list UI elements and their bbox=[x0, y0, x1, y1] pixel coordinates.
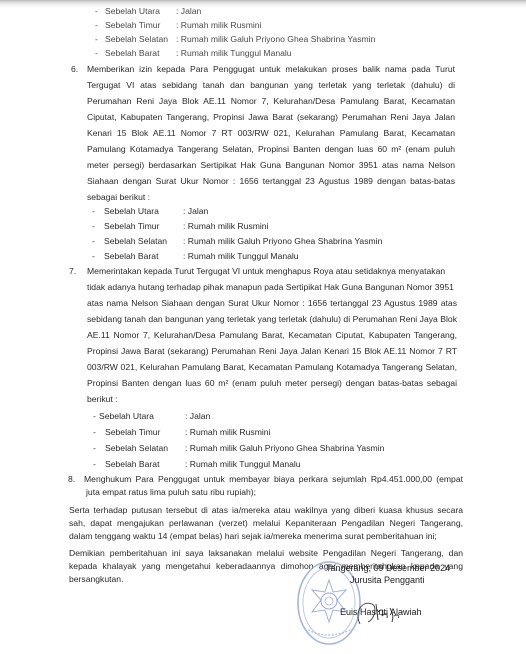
boundary-value: : Rumah milik Rusmini bbox=[185, 427, 270, 438]
item-6-line: Perumahan Reni Jaya Blok AE.11 Nomor 7, … bbox=[87, 96, 455, 107]
item-6-line: sebagai berikut : bbox=[87, 192, 150, 203]
boundary-label: Sebelah Barat bbox=[105, 48, 159, 59]
closing-line: Demikian pemberitahuan ini saya laksanak… bbox=[69, 548, 463, 559]
closing-line: bersangkutan. bbox=[69, 574, 123, 585]
item-6-line: Siahaan dengan Surat Ukur Nomor : 1656 t… bbox=[87, 176, 455, 187]
boundary-label: Sebelah Timur bbox=[104, 221, 159, 232]
boundary-value: : Rumah milik Galuh Priyono Ghea Shabrin… bbox=[183, 236, 382, 247]
boundary-value: : Jalan bbox=[185, 411, 210, 422]
place-date: Tangerang, 09 Desember 2024 bbox=[326, 563, 450, 574]
item-6-line: Memberikan izin kepada Para Penggugat un… bbox=[87, 64, 455, 75]
verzet-line: dalam tenggang waktu 14 (empat belas) ha… bbox=[69, 531, 437, 542]
verzet-line: sah, dapat mengajukan perlawanan (verzet… bbox=[69, 518, 463, 529]
item-7-line: sebidang tanah dan bangunan yang terleta… bbox=[87, 314, 457, 325]
boundary-label: Sebelah Timur bbox=[105, 427, 160, 438]
signer-name: Euis Hastuti Alawiah bbox=[340, 607, 422, 618]
boundary-value: : Rumah milik Tunggul Manalu bbox=[176, 48, 292, 59]
item-6-line: Pamulang Kotamadya Tangerang Selatan, Pr… bbox=[87, 144, 455, 155]
item-6-line: Tergugat VI atas sebidang tanah dan bang… bbox=[87, 80, 455, 91]
item-6-line: Ciputat, Kabupaten Tangerang, Propinsi J… bbox=[87, 112, 455, 123]
item-6-line: Kenari 15 Blok AE.11 Nomor 7 RT 003/RW 0… bbox=[87, 128, 455, 139]
item-7-line: berikut : bbox=[87, 394, 118, 405]
boundary-value: : Rumah milik Galuh Priyono Ghea Shabrin… bbox=[185, 443, 384, 454]
boundary-value: : Rumah milik Tunggul Manalu bbox=[185, 459, 301, 470]
boundary-value: : Rumah milik Galuh Priyono Ghea Shabrin… bbox=[176, 34, 375, 45]
top-edge-shadow bbox=[0, 0, 526, 8]
signer-position: Jurusita Pengganti bbox=[350, 575, 425, 586]
item-7-line: atas nama Nelson Siahaan dengan Surat Uk… bbox=[87, 298, 457, 309]
item-number: 8. bbox=[68, 474, 75, 485]
boundary-label: Sebelah Timur bbox=[105, 20, 160, 31]
item-8-line: Menghukum Para Penggugat untuk membayar … bbox=[84, 474, 463, 485]
item-7-line: AE.11 Nomor 7, Kelurahan/Desa Pamulang B… bbox=[87, 330, 457, 341]
item-number: 6. bbox=[71, 64, 78, 75]
document-page: - Sebelah Utara : Jalan - Sebelah Timur … bbox=[0, 0, 526, 654]
boundary-value: : Rumah milik Rusmini bbox=[176, 20, 261, 31]
boundary-label: Sebelah Selatan bbox=[105, 443, 168, 454]
boundary-label: Sebelah Utara bbox=[104, 206, 159, 217]
boundary-label: Sebelah Barat bbox=[104, 251, 158, 262]
boundary-label: Sebelah Utara bbox=[105, 6, 160, 17]
boundary-value: : Rumah milik Rusmini bbox=[183, 221, 268, 232]
item-7-line: 003/RW 021, Kelurahan Pamulang Barat, Ke… bbox=[87, 362, 457, 373]
boundary-label: Sebelah Barat bbox=[105, 459, 159, 470]
boundary-label: Sebelah Selatan bbox=[104, 236, 167, 247]
item-7-line: tidak adanya hutang terhadap pihak manap… bbox=[87, 282, 454, 293]
item-7-line: Propinsi Jawa Barat (sekarang) Perumahan… bbox=[87, 346, 457, 357]
item-6-line: meter persegi) berdasarkan Sertipikat Ha… bbox=[87, 160, 455, 171]
item-number: 7. bbox=[69, 266, 76, 277]
item-7-line: Memerintakan kepada Turut Tergugat VI un… bbox=[87, 266, 445, 277]
boundary-value: : Jalan bbox=[176, 6, 201, 17]
boundary-value: : Jalan bbox=[183, 206, 208, 217]
item-7-line: Propinsi Banten dengan luas 60 m² (enam … bbox=[87, 378, 457, 389]
boundary-value: : Rumah milik Tunggul Manalu bbox=[183, 251, 299, 262]
verzet-line: Serta terhadap putusan tersebut di atas … bbox=[69, 505, 463, 516]
boundary-label: Sebelah Selatan bbox=[105, 34, 168, 45]
boundary-label: Sebelah Utara bbox=[99, 411, 154, 422]
item-8-line: juta empat ratus lima puluh satu ribu ru… bbox=[86, 487, 256, 498]
